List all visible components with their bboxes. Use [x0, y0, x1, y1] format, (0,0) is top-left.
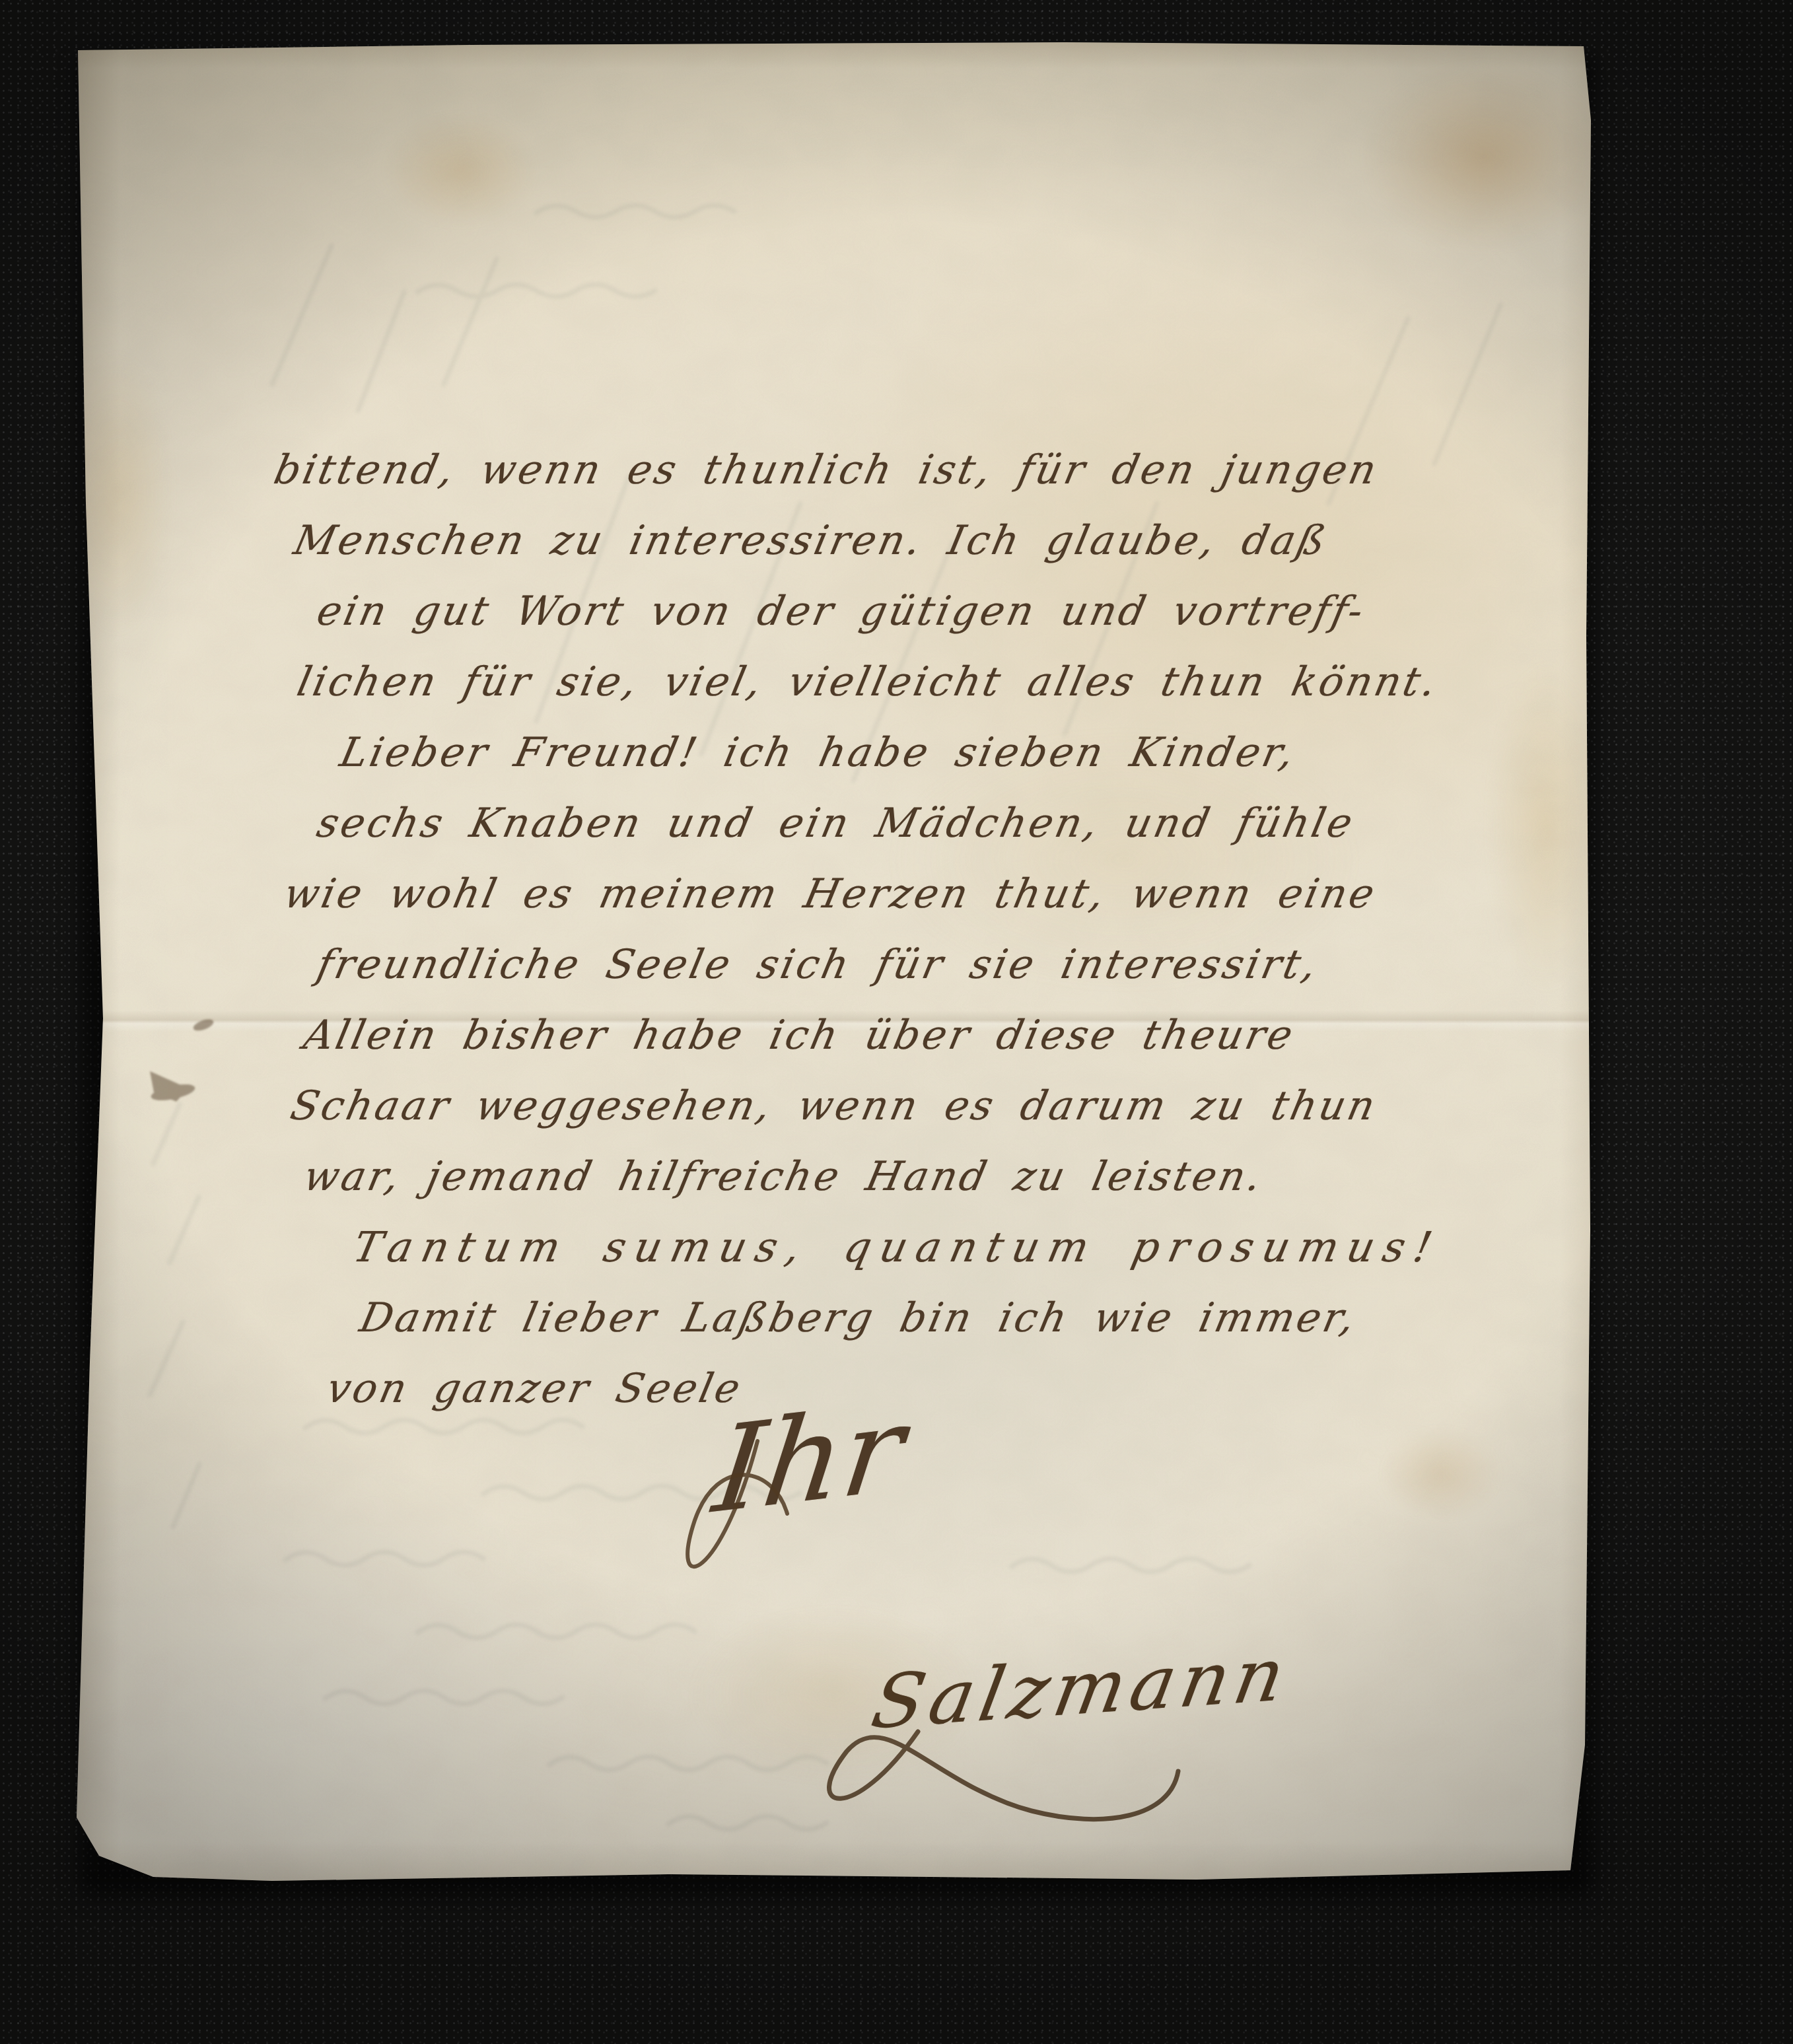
letter-page: bittend, wenn es thunlich ist, für den j…	[74, 41, 1595, 1884]
paper-stain	[1362, 61, 1606, 252]
photograph: bittend, wenn es thunlich ist, für den j…	[0, 0, 1793, 2044]
handwritten-line: Damit lieber Laßberg bin ich wie immer,	[353, 1283, 1570, 1353]
handwritten-line: bittend, wenn es thunlich ist, für den j…	[267, 435, 1570, 505]
letter-body: bittend, wenn es thunlich ist, für den j…	[261, 435, 1555, 1424]
handwritten-line: ein gut Wort von der gütigen und vortref…	[310, 576, 1570, 647]
paper-stain	[1382, 1428, 1500, 1520]
handwritten-line: Allein bisher habe ich über diese theure	[297, 1000, 1570, 1071]
handwritten-line-latin-motto: Tantum sumus, quantum prosumus!	[347, 1212, 1570, 1283]
handwritten-line: von ganzer Seele	[320, 1353, 1570, 1424]
valediction-flourish: Ihr	[707, 1379, 911, 1540]
handwritten-line: war, jemand hilfreiche Hand zu leisten.	[297, 1141, 1570, 1212]
handwritten-line: lichen für sie, viel, vielleicht alles t…	[291, 647, 1570, 717]
handwritten-line: Schaar weggesehen, wenn es darum zu thun	[284, 1071, 1570, 1141]
handwritten-line: Menschen zu interessiren. Ich glaube, da…	[287, 505, 1570, 576]
handwritten-line: wie wohl es meinem Herzen thut, wenn ein…	[277, 859, 1570, 929]
paper-stain	[384, 114, 536, 226]
handwritten-line: freundliche Seele sich für sie interessi…	[310, 929, 1570, 1000]
handwritten-line: sechs Knaben und ein Mädchen, und fühle	[310, 788, 1570, 859]
handwritten-line: Lieber Freund! ich habe sieben Kinder,	[334, 717, 1570, 788]
